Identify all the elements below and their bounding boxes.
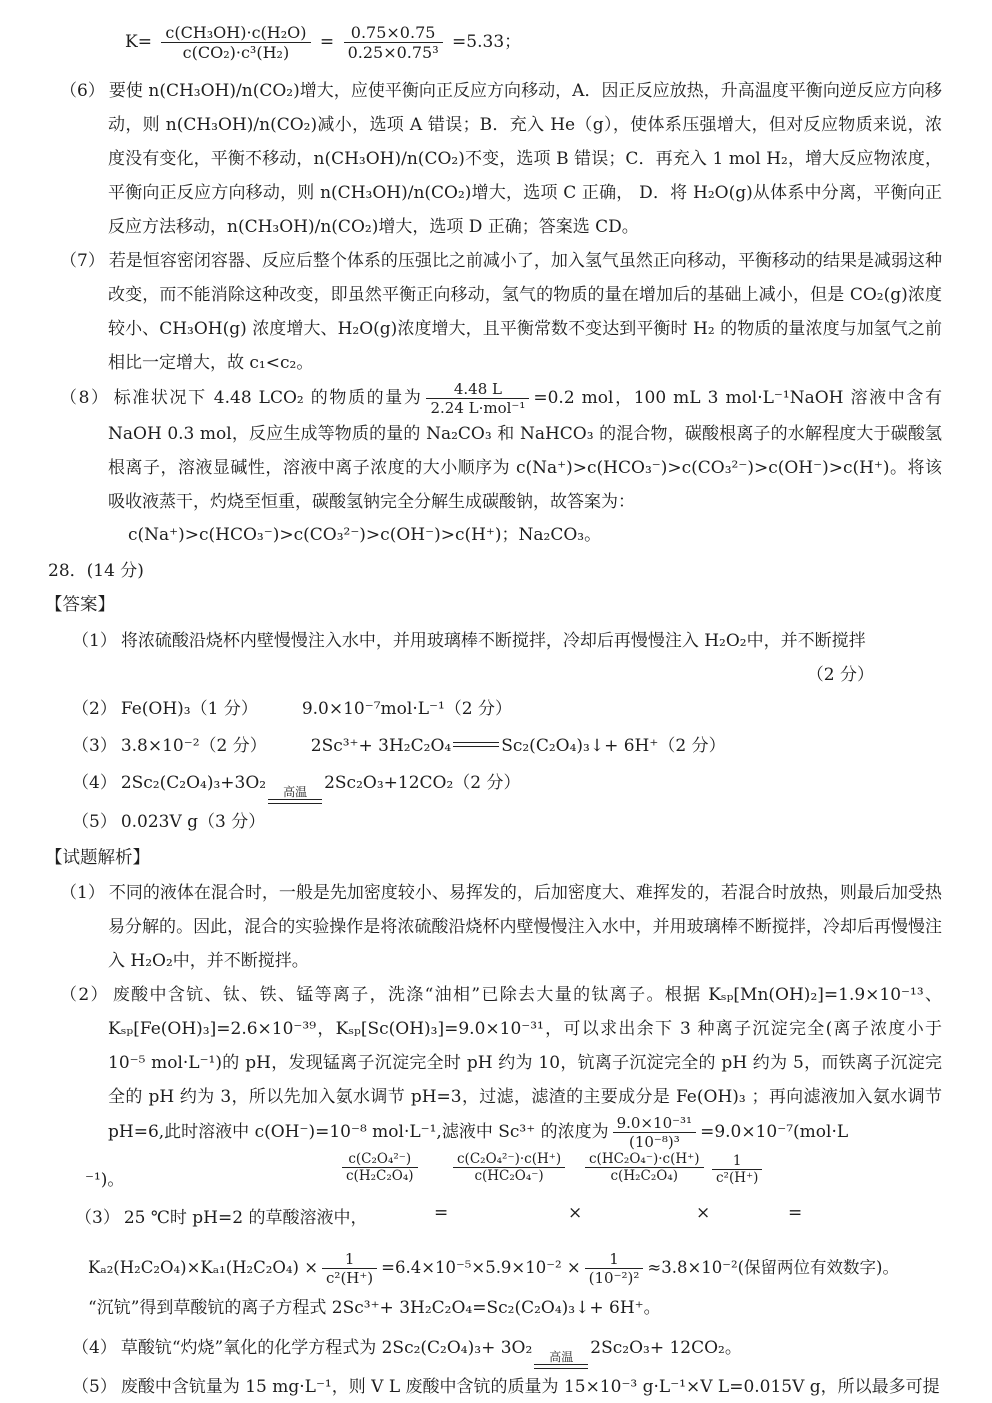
- analysis-1-text: 不同的液体在混合时，一般是先加密度较小、易挥发的，后加密度大、难挥发的，若混合时…: [108, 883, 942, 971]
- analysis-item-8: （8）标准状况下 4.48 LCO₂ 的物质的量为4.48 L2.24 L·mo…: [60, 380, 942, 519]
- analysis-5-text: 废酸中含钪量为 15 mg·L⁻¹，则 V L 废酸中含钪的质量为 15×10⁻…: [121, 1377, 940, 1397]
- double-bond-equals-line: [453, 742, 499, 747]
- answer-4-equation-right: 2Sc₂O₃+12CO₂（2 分）: [324, 773, 520, 793]
- ka-result: ≈3.8×10⁻²(保留两位有效数字)。: [647, 1258, 899, 1277]
- analysis-2-unit-tail: ⁻¹)。: [85, 1165, 124, 1190]
- item-8-pre: 标准状况下 4.48 LCO₂ 的物质的量为: [114, 388, 423, 408]
- answer-3: （3）3.8×10⁻²（2 分）2Sc³⁺+ 3H₂C₂O₄Sc₂(C₂O₄)₃…: [72, 728, 992, 765]
- answer-1: （1）将浓硫酸沿烧杯内壁慢慢注入水中，并用玻璃棒不断搅拌，冷却后再慢慢注入 H₂…: [72, 623, 992, 660]
- operator-equals-1: =: [434, 1203, 448, 1223]
- item-8-number: （8）: [60, 388, 110, 408]
- k-constant-formula: K= c(CH₃OH)·c(H₂O) c(CO₂)·c³(H₂) = 0.75×…: [125, 16, 992, 68]
- condition-equals: 高温: [534, 1351, 588, 1369]
- k-values-fraction: 0.75×0.75 0.25×0.75³: [344, 23, 443, 62]
- answer-1-score: （2 分）: [0, 660, 992, 691]
- k-expression-fraction: c(CH₃OH)·c(H₂O) c(CO₂)·c³(H₂): [161, 23, 310, 62]
- analysis-4-number: （4）: [72, 1338, 117, 1358]
- analysis-3-formula-block: ⁻¹)。 c(C₂O₄²⁻)c(H₂C₂O₄) c(C₂O₄²⁻)·c(H⁺)c…: [60, 1151, 992, 1245]
- analysis-1-number: （1）: [60, 883, 105, 903]
- answer-3-equation-right: Sc₂(C₂O₄)₃↓+ 6H⁺（2 分）: [501, 736, 725, 756]
- answer-4: （4）2Sc₂(C₂O₄)₃+3O₂高温2Sc₂O₃+12CO₂（2 分）: [72, 765, 992, 804]
- question-28-heading: 28．(14 分): [48, 554, 992, 588]
- answer-section-header: 【答案】: [45, 588, 992, 623]
- condition-equals: 高温: [268, 786, 322, 804]
- condition-label: 高温: [268, 786, 322, 799]
- answer-1-number: （1）: [72, 631, 117, 651]
- answer-2-part-b: 9.0×10⁻⁷mol·L⁻¹（2 分）: [302, 699, 512, 719]
- analysis-section-header: 【试题解析】: [45, 841, 992, 876]
- ka-computation-line: Kₐ₂(H₂C₂O₄)×Kₐ₁(H₂C₂O₄) ×1c²(H⁺)=6.4×10⁻…: [88, 1245, 992, 1291]
- double-equals-line: [268, 799, 322, 804]
- answer-2-part-a: Fe(OH)₃（1 分）: [121, 699, 258, 719]
- item-6-text: 要使 n(CH₃OH)/n(CO₂)增大，应使平衡向正反应方向移动，A．因正反应…: [108, 81, 942, 237]
- analysis-4-equation-left: 草酸钪“灼烧”氧化的化学方程式为 2Sc₂(C₂O₄)₃+ 3O₂: [121, 1338, 532, 1358]
- item-6-number: （6）: [60, 81, 105, 101]
- ka-fraction-2: 1(10⁻²)²: [585, 1250, 644, 1287]
- analysis-item-7: （7）若是恒容密闭容器、反应后整个体系的压强比之前减小了，加入氢气虽然正向移动，…: [60, 244, 942, 380]
- ratio-fraction-2: c(C₂O₄²⁻)·c(H⁺)c(HC₂O₄⁻): [453, 1151, 565, 1184]
- analysis-5: （5）废酸中含钪量为 15 mg·L⁻¹，则 V L 废酸中含钪的质量为 15×…: [72, 1370, 992, 1403]
- answer-3-number: （3）: [72, 736, 117, 756]
- ion-order-answer: c(Na⁺)>c(HCO₃⁻)>c(CO₃²⁻)>c(OH⁻)>c(H⁺)；Na…: [128, 519, 992, 552]
- analysis-1: （1）不同的液体在混合时，一般是先加密度较小、易挥发的，后加密度大、难挥发的，若…: [60, 876, 942, 978]
- answer-5-text: 0.023V g（3 分）: [121, 812, 265, 832]
- answer-2-number: （2）: [72, 699, 117, 719]
- ka-pre: Kₐ₂(H₂C₂O₄)×Kₐ₁(H₂C₂O₄) ×: [88, 1258, 318, 1277]
- ratio-fraction-4: 1c²(H⁺): [712, 1153, 762, 1186]
- analysis-4: （4）草酸钪“灼烧”氧化的化学方程式为 2Sc₂(C₂O₄)₃+ 3O₂高温2S…: [72, 1326, 992, 1370]
- ka-fraction-1: 1c²(H⁺): [322, 1250, 377, 1287]
- scandium-precipitation-equation: “沉钪”得到草酸钪的离子方程式 2Sc³⁺+ 3H₂C₂O₄=Sc₂(C₂O₄)…: [88, 1291, 992, 1326]
- analysis-5-number: （5）: [72, 1377, 117, 1397]
- answer-3-value: 3.8×10⁻²（2 分）: [121, 736, 267, 756]
- answer-5-number: （5）: [72, 812, 117, 832]
- answer-2: （2）Fe(OH)₃（1 分）9.0×10⁻⁷mol·L⁻¹（2 分）: [72, 691, 992, 728]
- analysis-2-number: （2）: [60, 985, 109, 1005]
- analysis-3-lead: （3）25 ℃时 pH=2 的草酸溶液中，: [75, 1203, 367, 1228]
- operator-times-2: ×: [696, 1203, 710, 1223]
- analysis-4-equation-right: 2Sc₂O₃+ 12CO₂。: [590, 1338, 742, 1358]
- condition-label: 高温: [534, 1351, 588, 1364]
- analysis-2-result: =9.0×10⁻⁷(mol·L: [700, 1122, 848, 1142]
- k-lead: K=: [125, 32, 152, 52]
- answer-5: （5）0.023V g（3 分）: [72, 804, 992, 841]
- sc-concentration-fraction: 9.0×10⁻³¹(10⁻⁸)³: [613, 1114, 696, 1151]
- analysis-2-text: 废酸中含钪、钛、铁、锰等离子，洗涤“油相”已除去大量的钛离子。根据 Kₛₚ[Mn…: [108, 985, 942, 1142]
- operator-equals-2: =: [788, 1203, 802, 1223]
- ratio-fraction-1: c(C₂O₄²⁻)c(H₂C₂O₄): [342, 1151, 418, 1184]
- k-equals: =: [320, 32, 334, 52]
- ratio-fraction-3: c(HC₂O₄⁻)·c(H⁺)c(H₂C₂O₄): [585, 1151, 704, 1184]
- item-7-text: 若是恒容密闭容器、反应后整个体系的压强比之前减小了，加入氢气虽然正向移动，平衡移…: [108, 251, 942, 373]
- answer-1-text: 将浓硫酸沿烧杯内壁慢慢注入水中，并用玻璃棒不断搅拌，冷却后再慢慢注入 H₂O₂中…: [121, 631, 866, 651]
- answer-4-equation-left: 2Sc₂(C₂O₄)₃+3O₂: [121, 773, 266, 793]
- double-equals-line: [534, 1364, 588, 1369]
- answer-3-equation-left: 2Sc³⁺+ 3H₂C₂O₄: [311, 736, 451, 756]
- analysis-item-6: （6）要使 n(CH₃OH)/n(CO₂)增大，应使平衡向正反应方向移动，A．因…: [60, 74, 942, 244]
- operator-times-1: ×: [568, 1203, 582, 1223]
- mole-calculation-fraction: 4.48 L2.24 L·mol⁻¹: [426, 380, 529, 417]
- k-result: =5.33；: [452, 32, 521, 52]
- analysis-2: （2）废酸中含钪、钛、铁、锰等离子，洗涤“油相”已除去大量的钛离子。根据 Kₛₚ…: [60, 978, 942, 1151]
- item-7-number: （7）: [60, 251, 105, 271]
- answer-4-number: （4）: [72, 773, 117, 793]
- exam-answer-page: K= c(CH₃OH)·c(H₂O) c(CO₂)·c³(H₂) = 0.75×…: [0, 0, 992, 1403]
- ka-mid: =6.4×10⁻⁵×5.9×10⁻² ×: [381, 1258, 581, 1277]
